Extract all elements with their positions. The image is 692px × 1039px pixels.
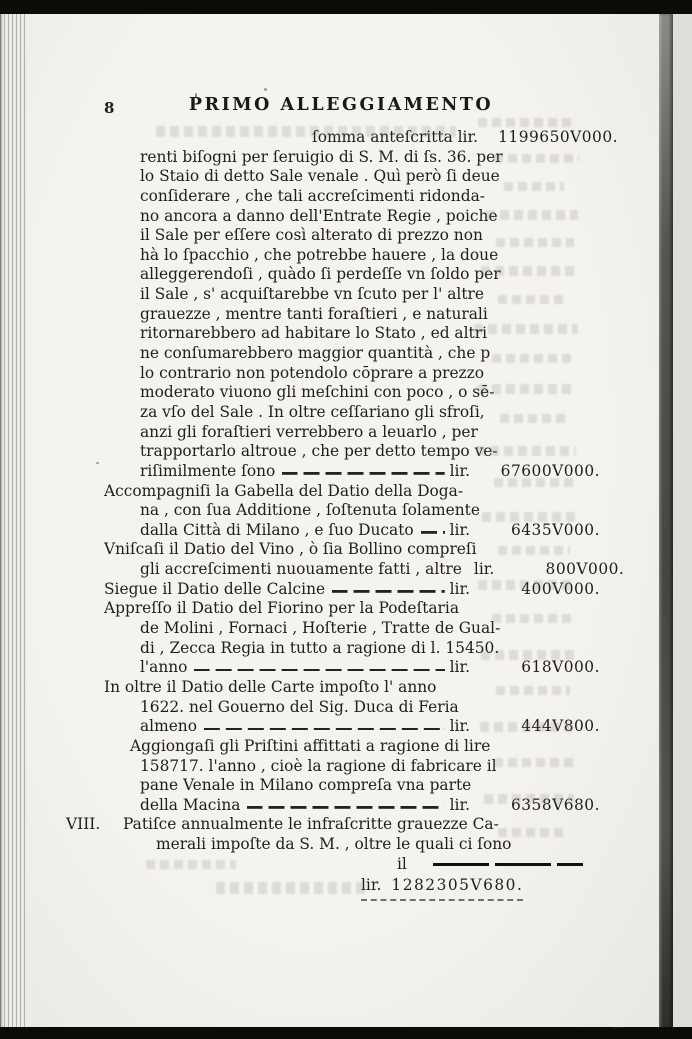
text-line: Aggiongaſi gli Priſtini affittati a ragi… <box>104 737 600 757</box>
text-line: pane Venale in Milano compreſa vna parte <box>104 776 600 796</box>
currency-label: lir. <box>450 521 470 541</box>
line-text: renti biſogni per ſeruigio di S. M. di ſ… <box>140 148 503 168</box>
book-leaf-edges <box>0 14 28 1027</box>
line-text: ne conſumarebbero maggior quantità , che… <box>140 344 490 364</box>
show-through <box>474 324 578 334</box>
line-text: alleggerendoſi , quàdo ſi perdeſſe vn ſo… <box>140 265 501 285</box>
currency-label: lir. <box>450 658 470 678</box>
text-line: merali impoſte da S. M. , oltre le quali… <box>104 835 600 855</box>
scan-edge-top <box>0 0 692 14</box>
dash-leader <box>282 472 444 475</box>
currency-label: lir. <box>450 717 470 737</box>
show-through <box>482 512 576 522</box>
show-through <box>494 154 579 163</box>
book-page: 8 ' PRIMO ALLEGGIAMENTO ſomma anteſcritt… <box>26 14 659 1027</box>
dash-leader <box>194 669 444 672</box>
show-through <box>481 650 576 660</box>
line-text: dalla Città di Milano , e ſuo Ducato <box>140 521 414 541</box>
page-number: 8 <box>104 99 114 117</box>
show-through <box>478 384 574 394</box>
amount-value: 1199650V000. <box>490 128 618 148</box>
total-amount: 1282305V680. <box>391 876 523 896</box>
currency-label: lir. <box>450 580 470 600</box>
show-through <box>484 794 574 804</box>
dash-leader <box>247 806 444 809</box>
show-through <box>498 546 570 555</box>
line-text: In oltre il Datio delle Carte impoſto l'… <box>104 678 436 698</box>
text-line: l'annolir.618V000. <box>104 658 600 678</box>
line-text: Siegue il Datio delle Calcine <box>104 580 325 600</box>
currency-label: lir. <box>450 796 470 816</box>
line-text: grauezze , mentre tanti foraſtieri , e n… <box>140 305 488 325</box>
show-through <box>504 182 564 191</box>
show-through <box>476 446 576 456</box>
line-text: lo Staio di detto Sale venale . Quì però… <box>140 167 500 187</box>
line-text: Patiſce annualmente le infraſcritte grau… <box>123 815 499 835</box>
grand-total: lir.1282305V680. <box>361 876 523 901</box>
dash-leader <box>421 531 445 534</box>
line-text: moderato viuono gli meſchini con poco , … <box>140 383 494 403</box>
show-through <box>494 758 574 767</box>
line-text: l'anno <box>140 658 187 678</box>
line-text: di , Zecca Regia in tutto a ragione di l… <box>140 639 499 659</box>
line-text: Vniſcaſi il Datio del Vino , ò ſia Bolli… <box>104 540 477 560</box>
show-through <box>486 210 578 220</box>
line-text: trapportarlo altroue , che per detto tem… <box>140 442 498 462</box>
show-through <box>146 860 236 869</box>
show-through <box>494 478 574 487</box>
line-text: de Molini , Fornaci , Hoſterie , Tratte … <box>140 619 500 639</box>
show-through <box>480 722 576 732</box>
currency-label: lir. <box>450 462 470 482</box>
show-through <box>498 828 566 837</box>
show-through <box>492 354 574 363</box>
section-numeral: VIII. <box>66 815 100 835</box>
line-text: 1622. nel Gouerno del Sig. Duca di Feria <box>140 698 459 718</box>
line-text: il Sale per eſſere così alterato di prez… <box>140 226 483 246</box>
show-through <box>478 118 573 127</box>
line-text: conſiderare , che tali accreſcimenti rid… <box>140 187 485 207</box>
scan-margin-right <box>673 14 692 1030</box>
text-line: anzi gli foraſtieri verrebbero a leuarlo… <box>104 423 600 443</box>
dash-leader <box>332 590 444 593</box>
line-text: Aggiongaſi gli Priſtini affittati a ragi… <box>130 737 490 757</box>
line-text: Accompagniſi la Gabella del Datio della … <box>104 482 463 502</box>
book-gutter-strip <box>659 14 673 1030</box>
line-text: hà lo ſpacchio , che potrebbe hauere , l… <box>140 246 498 266</box>
currency-label: lir. <box>474 560 494 580</box>
line-text: no ancora a danno dell'Entrate Regie , p… <box>140 207 498 227</box>
show-through <box>156 126 456 137</box>
dash-leader <box>204 728 445 731</box>
show-through <box>478 580 576 590</box>
line-text: il Sale , s' acquiſtarebbe vn ſcuto per … <box>140 285 484 305</box>
text-line: grauezze , mentre tanti foraſtieri , e n… <box>104 305 600 325</box>
line-text: na , con ſua Additione , ſoſtenuta ſolam… <box>140 501 480 521</box>
text-line: 1622. nel Gouerno del Sig. Duca di Feria <box>104 698 600 718</box>
line-text: Appreſſo il Datio del Fiorino per la Pod… <box>104 599 459 619</box>
show-through <box>500 414 566 423</box>
amount-value: 800V000. <box>496 560 624 580</box>
line-text: lo contrario non potendolo cōprare a pre… <box>140 364 484 384</box>
line-text: merali impoſte da S. M. , oltre le quali… <box>156 835 511 855</box>
ink-speck <box>96 462 99 464</box>
amount-value: 6435V000. <box>472 521 600 541</box>
book-scan: 8 ' PRIMO ALLEGGIAMENTO ſomma anteſcritt… <box>0 0 692 1039</box>
scan-edge-bottom <box>0 1027 692 1039</box>
line-text: pane Venale in Milano compreſa vna parte <box>140 776 471 796</box>
text-line: dalla Città di Milano , e ſuo Ducatolir.… <box>104 521 600 541</box>
line-text: 158717. l'anno , cioè la ragione di fabr… <box>140 757 497 777</box>
line-text: il <box>397 855 407 875</box>
text-line: hà lo ſpacchio , che potrebbe hauere , l… <box>104 246 600 266</box>
sum-rule <box>433 863 583 867</box>
show-through <box>216 882 366 894</box>
running-title: PRIMO ALLEGGIAMENTO <box>176 95 506 115</box>
text-line: gli accreſcimenti nuouamente fatti , alt… <box>104 560 600 580</box>
line-text: della Macina <box>140 796 240 816</box>
show-through <box>496 238 574 247</box>
line-text: za vſo del Sale . In oltre ceſſariano gl… <box>140 403 485 423</box>
ink-speck <box>264 88 267 91</box>
text-line: lo contrario non potendolo cōprare a pre… <box>104 364 600 384</box>
amount-value: 618V000. <box>472 658 600 678</box>
show-through <box>481 266 579 276</box>
line-text: ritornarebbero ad habitare lo Stato , ed… <box>140 324 487 344</box>
line-text: anzi gli foraſtieri verrebbero a leuarlo… <box>140 423 478 443</box>
line-text: riſimilmente ſono <box>140 462 275 482</box>
line-text: gli accreſcimenti nuouamente fatti , alt… <box>140 560 462 580</box>
show-through <box>496 686 570 695</box>
show-through <box>498 295 568 304</box>
show-through <box>492 614 576 623</box>
line-text: almeno <box>140 717 197 737</box>
